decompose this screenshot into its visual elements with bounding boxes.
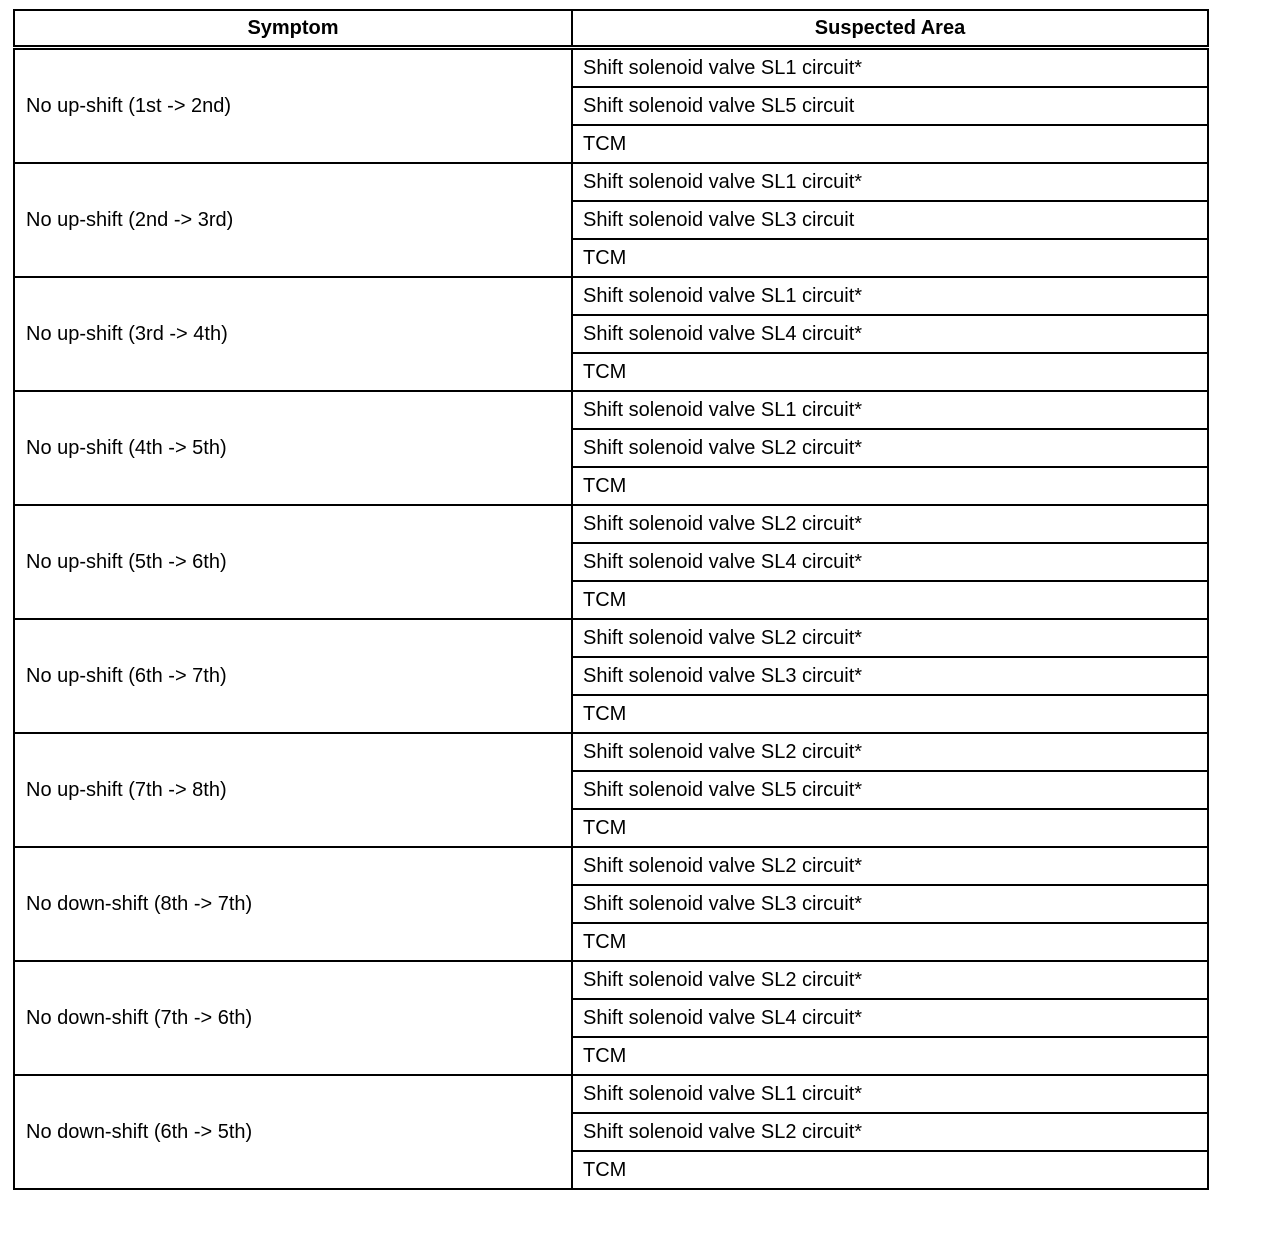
suspected-area-cell: Shift solenoid valve SL5 circuit — [572, 87, 1208, 125]
suspected-area-cell: TCM — [572, 923, 1208, 961]
suspected-area-cell: Shift solenoid valve SL2 circuit* — [572, 429, 1208, 467]
suspected-area-cell: Shift solenoid valve SL2 circuit* — [572, 619, 1208, 657]
suspected-area-cell: TCM — [572, 1037, 1208, 1075]
suspected-area-cell: TCM — [572, 125, 1208, 163]
suspected-area-cell: TCM — [572, 353, 1208, 391]
symptom-cell: No down-shift (8th -> 7th) — [14, 847, 572, 961]
symptom-cell: No down-shift (6th -> 5th) — [14, 1075, 572, 1189]
suspected-area-cell: Shift solenoid valve SL5 circuit* — [572, 771, 1208, 809]
table-row: No down-shift (6th -> 5th)Shift solenoid… — [14, 1075, 1208, 1113]
table-row: No up-shift (7th -> 8th)Shift solenoid v… — [14, 733, 1208, 771]
suspected-area-cell: Shift solenoid valve SL2 circuit* — [572, 1113, 1208, 1151]
suspected-area-cell: Shift solenoid valve SL1 circuit* — [572, 277, 1208, 315]
header-symptom: Symptom — [14, 10, 572, 48]
suspected-area-cell: Shift solenoid valve SL4 circuit* — [572, 543, 1208, 581]
suspected-area-cell: TCM — [572, 695, 1208, 733]
header-suspected-area: Suspected Area — [572, 10, 1208, 48]
suspected-area-cell: Shift solenoid valve SL4 circuit* — [572, 315, 1208, 353]
symptom-cell: No up-shift (6th -> 7th) — [14, 619, 572, 733]
suspected-area-cell: Shift solenoid valve SL4 circuit* — [572, 999, 1208, 1037]
suspected-area-cell: Shift solenoid valve SL3 circuit* — [572, 885, 1208, 923]
symptom-cell: No up-shift (1st -> 2nd) — [14, 48, 572, 164]
suspected-area-cell: Shift solenoid valve SL1 circuit* — [572, 391, 1208, 429]
symptom-cell: No up-shift (5th -> 6th) — [14, 505, 572, 619]
table-body: No up-shift (1st -> 2nd)Shift solenoid v… — [14, 48, 1208, 1190]
table-row: No up-shift (3rd -> 4th)Shift solenoid v… — [14, 277, 1208, 315]
suspected-area-cell: TCM — [572, 467, 1208, 505]
table-row: No up-shift (1st -> 2nd)Shift solenoid v… — [14, 48, 1208, 88]
symptom-table: Symptom Suspected Area No up-shift (1st … — [13, 9, 1209, 1190]
suspected-area-cell: TCM — [572, 809, 1208, 847]
suspected-area-cell: TCM — [572, 239, 1208, 277]
suspected-area-cell: Shift solenoid valve SL2 circuit* — [572, 961, 1208, 999]
table-row: No down-shift (7th -> 6th)Shift solenoid… — [14, 961, 1208, 999]
suspected-area-cell: Shift solenoid valve SL3 circuit* — [572, 657, 1208, 695]
suspected-area-cell: Shift solenoid valve SL1 circuit* — [572, 1075, 1208, 1113]
symptom-cell: No down-shift (7th -> 6th) — [14, 961, 572, 1075]
suspected-area-cell: Shift solenoid valve SL2 circuit* — [572, 733, 1208, 771]
table-row: No down-shift (8th -> 7th)Shift solenoid… — [14, 847, 1208, 885]
table-row: No up-shift (6th -> 7th)Shift solenoid v… — [14, 619, 1208, 657]
symptom-cell: No up-shift (3rd -> 4th) — [14, 277, 572, 391]
table-row: No up-shift (2nd -> 3rd)Shift solenoid v… — [14, 163, 1208, 201]
suspected-area-cell: TCM — [572, 1151, 1208, 1189]
suspected-area-cell: TCM — [572, 581, 1208, 619]
header-row: Symptom Suspected Area — [14, 10, 1208, 48]
symptom-cell: No up-shift (4th -> 5th) — [14, 391, 572, 505]
table-row: No up-shift (4th -> 5th)Shift solenoid v… — [14, 391, 1208, 429]
table-row: No up-shift (5th -> 6th)Shift solenoid v… — [14, 505, 1208, 543]
symptom-cell: No up-shift (7th -> 8th) — [14, 733, 572, 847]
suspected-area-cell: Shift solenoid valve SL2 circuit* — [572, 505, 1208, 543]
symptom-cell: No up-shift (2nd -> 3rd) — [14, 163, 572, 277]
suspected-area-cell: Shift solenoid valve SL1 circuit* — [572, 163, 1208, 201]
suspected-area-cell: Shift solenoid valve SL1 circuit* — [572, 48, 1208, 88]
suspected-area-cell: Shift solenoid valve SL2 circuit* — [572, 847, 1208, 885]
suspected-area-cell: Shift solenoid valve SL3 circuit — [572, 201, 1208, 239]
